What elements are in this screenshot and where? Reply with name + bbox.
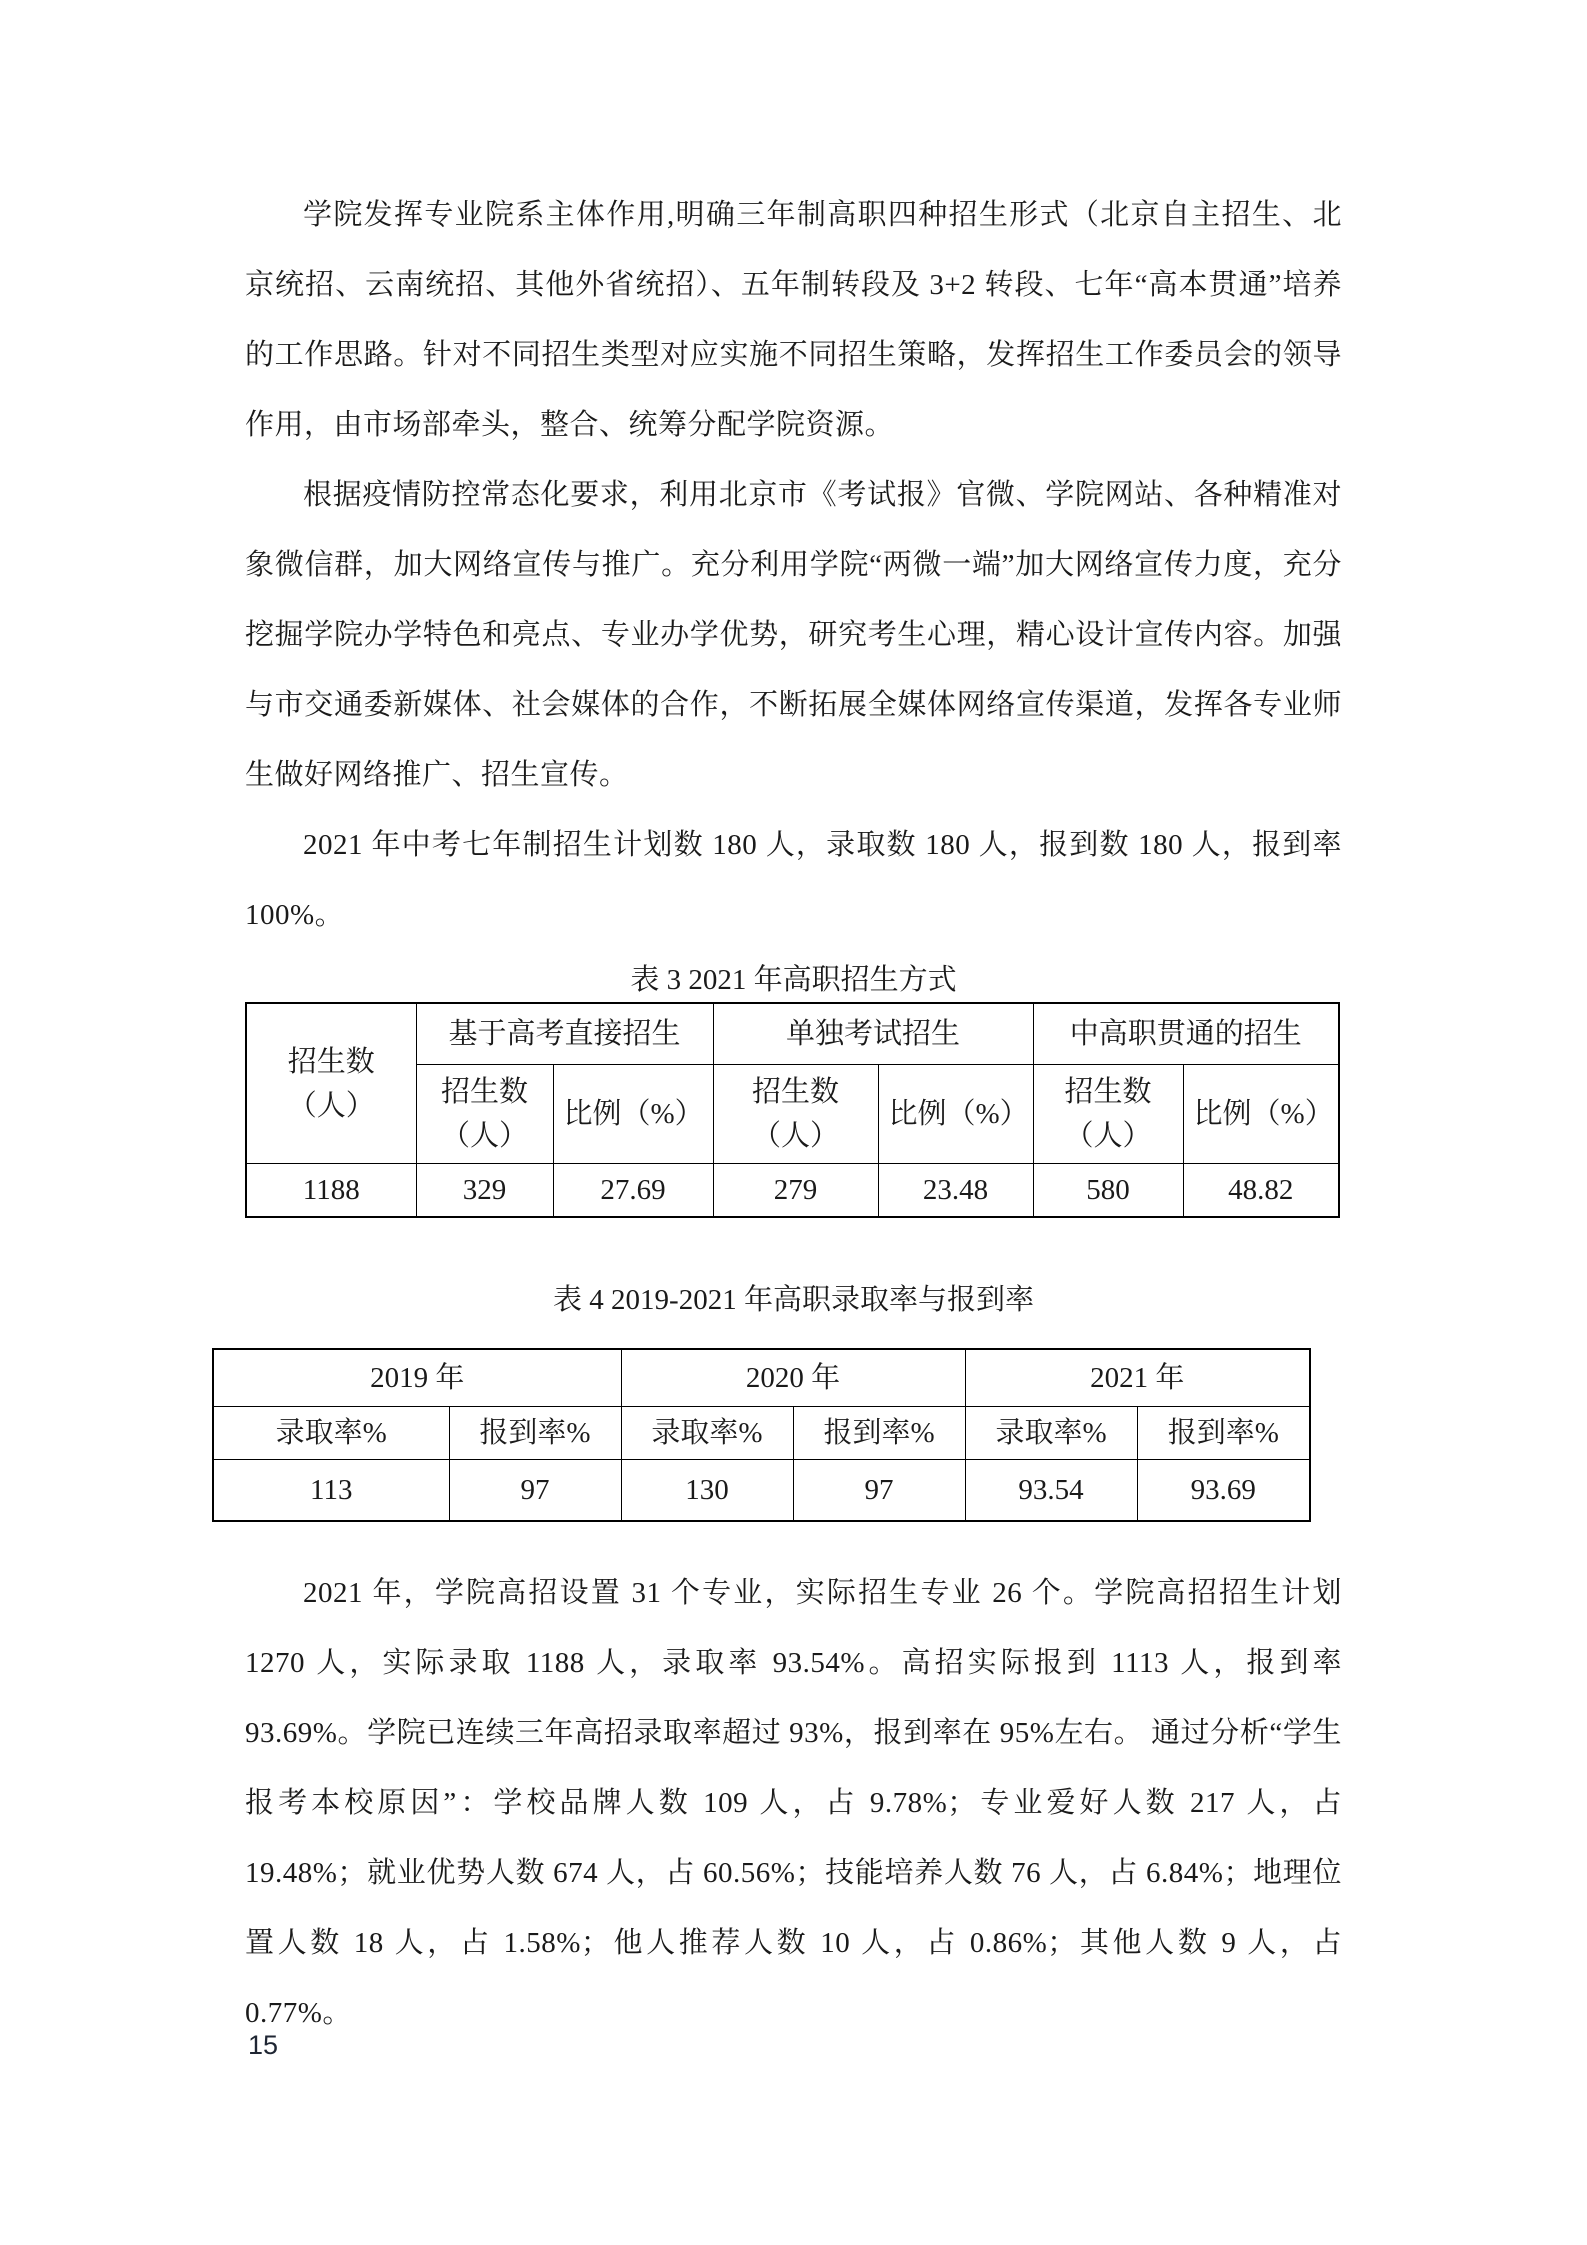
document-page: 学院发挥专业院系主体作用,明确三年制高职四种招生形式（北京自主招生、北京统招、云… xyxy=(0,0,1587,2245)
page-number: 15 xyxy=(248,2030,278,2061)
table3-subheader-cell: 比例（%） xyxy=(878,1065,1033,1164)
table4-subheader-cell: 报到率% xyxy=(449,1407,621,1460)
table4-year-2020-cell: 2020 年 xyxy=(621,1349,965,1407)
table4-subheader-cell: 录取率% xyxy=(965,1407,1137,1460)
table4-subheader-cell: 录取率% xyxy=(621,1407,793,1460)
paragraph-enrollment-analysis: 2021 年，学院高招设置 31 个专业，实际招生专业 26 个。学院高招招生计… xyxy=(245,1558,1342,2048)
paragraph-seven-year-stats: 2021 年中考七年制招生计划数 180 人，录取数 180 人，报到数 180… xyxy=(245,810,1342,950)
table3-value-cell: 279 xyxy=(713,1164,878,1218)
table3-total-header-cell: 招生数（人） xyxy=(246,1003,416,1164)
table3-subheader-cell: 招生数（人） xyxy=(416,1065,553,1164)
table4-value-cell: 97 xyxy=(449,1460,621,1522)
table4-subheader-row: 录取率% 报到率% 录取率% 报到率% 录取率% 报到率% xyxy=(213,1407,1310,1460)
paragraph-enrollment-strategy: 学院发挥专业院系主体作用,明确三年制高职四种招生形式（北京自主招生、北京统招、云… xyxy=(245,180,1342,460)
table3-data-row: 1188 329 27.69 279 23.48 580 48.82 xyxy=(246,1164,1339,1218)
table3-group-header-row: 招生数（人） 基于高考直接招生 单独考试招生 中高职贯通的招生 xyxy=(246,1003,1339,1065)
table3-subheader-cell: 招生数（人） xyxy=(713,1065,878,1164)
table4-year-2019-cell: 2019 年 xyxy=(213,1349,621,1407)
table3-admission-methods: 招生数（人） 基于高考直接招生 单独考试招生 中高职贯通的招生 招生数（人） 比… xyxy=(245,1002,1340,1218)
table3-subheader-cell: 比例（%） xyxy=(1183,1065,1339,1164)
table3-value-cell: 27.69 xyxy=(553,1164,713,1218)
table4-data-row: 113 97 130 97 93.54 93.69 xyxy=(213,1460,1310,1522)
document-content: 学院发挥专业院系主体作用,明确三年制高职四种招生形式（北京自主招生、北京统招、云… xyxy=(245,0,1342,2048)
paragraph-promotion: 根据疫情防控常态化要求，利用北京市《考试报》官微、学院网站、各种精准对象微信群，… xyxy=(245,460,1342,810)
table3-value-cell: 329 xyxy=(416,1164,553,1218)
table4-acceptance-registration-rates: 2019 年 2020 年 2021 年 录取率% 报到率% 录取率% 报到率%… xyxy=(212,1348,1311,1522)
table3-value-cell: 1188 xyxy=(246,1164,416,1218)
table3-value-cell: 48.82 xyxy=(1183,1164,1339,1218)
table3-subheader-cell: 招生数（人） xyxy=(1033,1065,1183,1164)
table4-subheader-cell: 报到率% xyxy=(1137,1407,1310,1460)
table3-group-through-train: 中高职贯通的招生 xyxy=(1033,1003,1339,1065)
table4-value-cell: 130 xyxy=(621,1460,793,1522)
table3-group-gaokao-direct: 基于高考直接招生 xyxy=(416,1003,713,1065)
table4-value-cell: 97 xyxy=(793,1460,965,1522)
table4-year-2021-cell: 2021 年 xyxy=(965,1349,1310,1407)
table4-subheader-cell: 录取率% xyxy=(213,1407,449,1460)
table4-caption: 表 4 2019-2021 年高职录取率与报到率 xyxy=(245,1278,1342,1322)
table3-value-cell: 23.48 xyxy=(878,1164,1033,1218)
table4-value-cell: 93.69 xyxy=(1137,1460,1310,1522)
table4-value-cell: 93.54 xyxy=(965,1460,1137,1522)
table3-subheader-cell: 比例（%） xyxy=(553,1065,713,1164)
table3-caption: 表 3 2021 年高职招生方式 xyxy=(245,958,1342,1002)
table4-year-header-row: 2019 年 2020 年 2021 年 xyxy=(213,1349,1310,1407)
table4-value-cell: 113 xyxy=(213,1460,449,1522)
table3-value-cell: 580 xyxy=(1033,1164,1183,1218)
table4-subheader-cell: 报到率% xyxy=(793,1407,965,1460)
table3-group-separate-exam: 单独考试招生 xyxy=(713,1003,1033,1065)
